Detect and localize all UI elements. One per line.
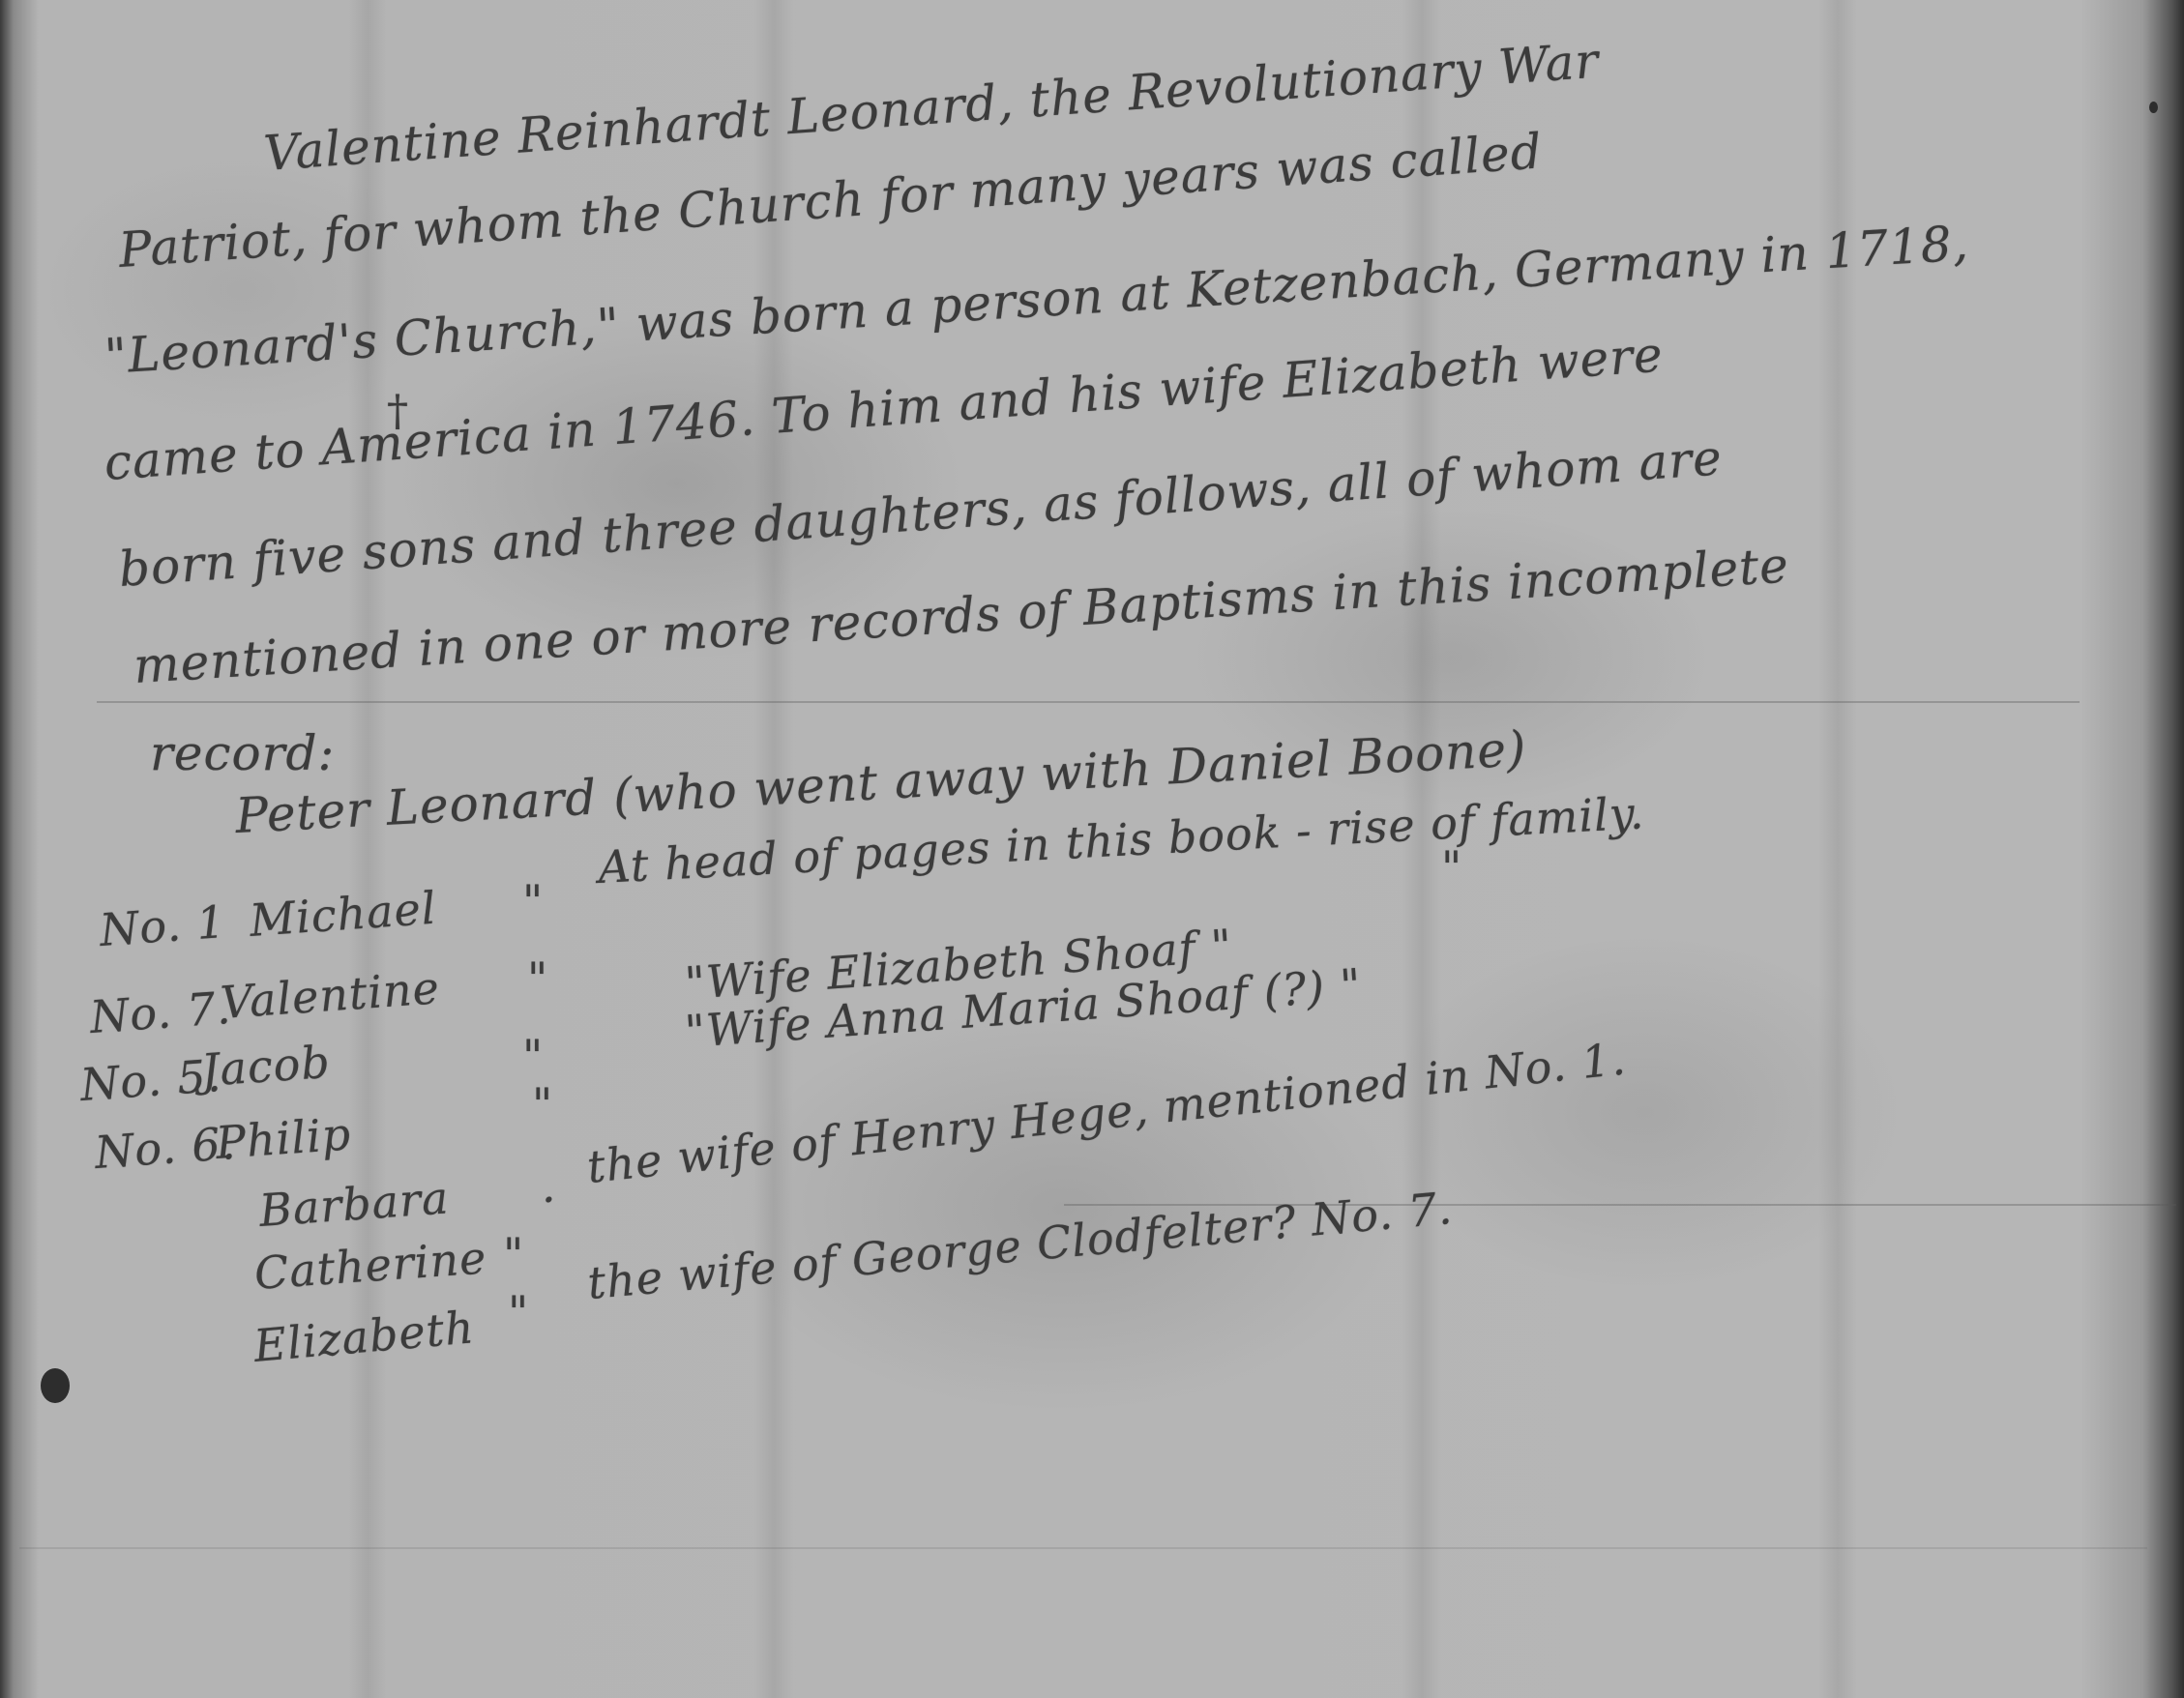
manuscript-page: Valentine Reinhardt Leonard, the Revolut…: [0, 0, 2184, 1698]
margin-mark: †: [387, 387, 409, 436]
ruled-line: [19, 1547, 2147, 1549]
ditto-mark: ": [532, 1078, 553, 1130]
child-name: Philip: [214, 1107, 353, 1169]
child-name: Elizabeth: [251, 1301, 476, 1372]
ink-dot: [2149, 102, 2158, 113]
child-note: the wife of Henry Hege, mentioned in No.…: [584, 1032, 1628, 1193]
child-name: Jacob: [199, 1036, 332, 1097]
child-name: Valentine: [219, 961, 441, 1029]
ditto-mark: ": [508, 1286, 529, 1338]
ditto-mark: ": [527, 952, 548, 1005]
paragraph-line-7: record:: [150, 725, 335, 781]
child-name: Catherine: [252, 1231, 488, 1300]
ditto-mark: .: [542, 1160, 557, 1213]
ink-blot: [41, 1368, 70, 1403]
child-name: Michael: [248, 882, 438, 947]
ditto-mark: ": [522, 875, 544, 927]
child-note: ": [1441, 841, 1462, 893]
child-number: No. 7.: [88, 981, 233, 1043]
child-note: the wife of George Clodfelter? No. 7.: [585, 1182, 1455, 1309]
child-number: No. 1: [98, 895, 227, 956]
ditto-mark: ": [503, 1228, 524, 1280]
child-name: Barbara: [257, 1171, 451, 1237]
ditto-mark: ": [522, 1030, 544, 1082]
ruled-line: [97, 701, 2080, 703]
